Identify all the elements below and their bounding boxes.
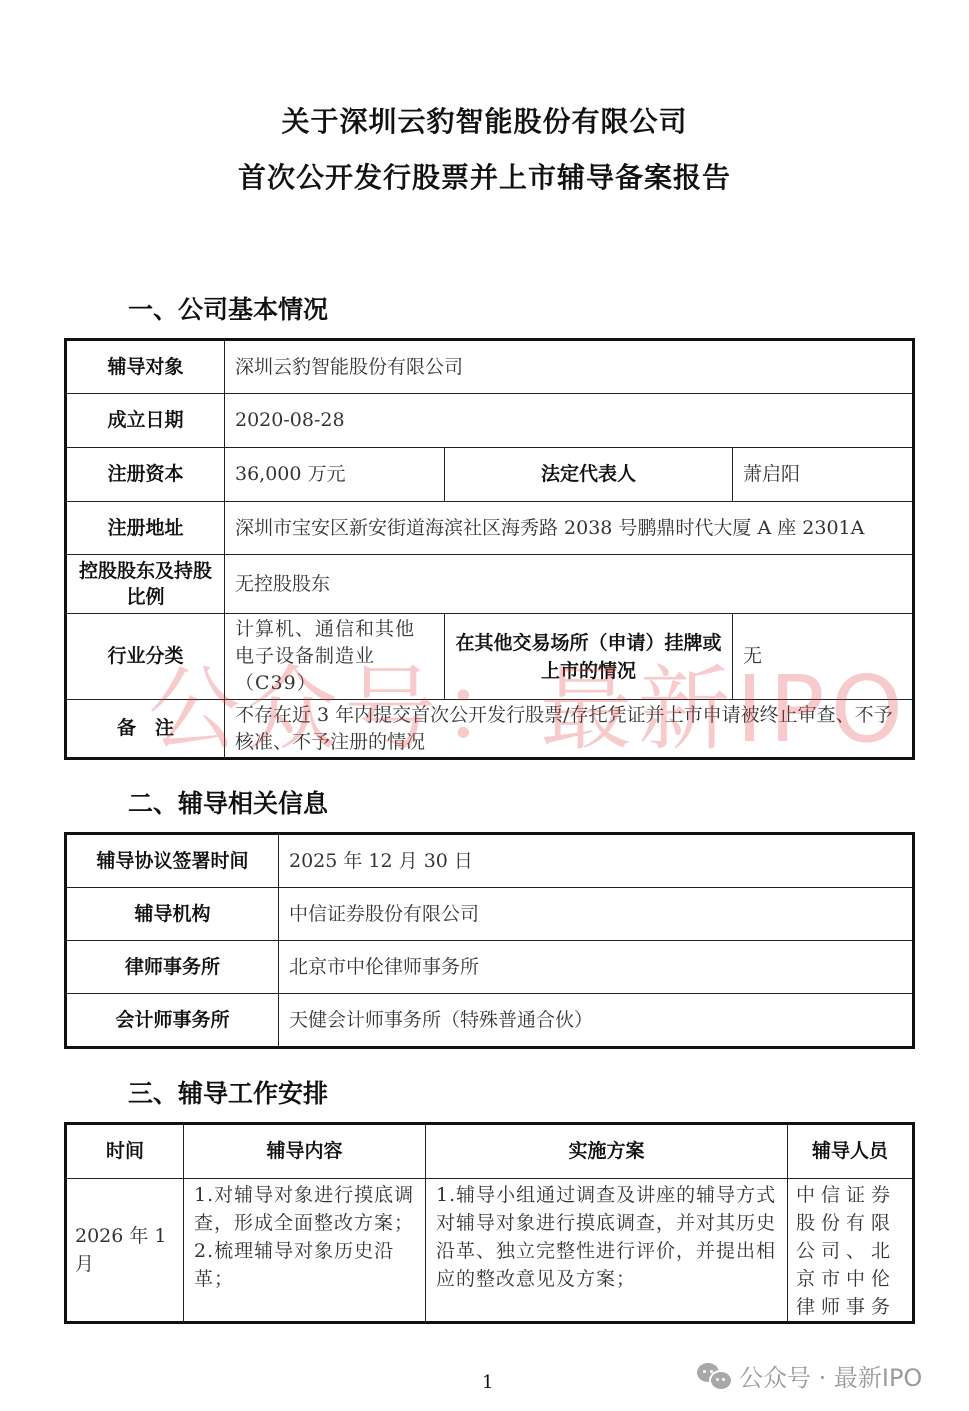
column-header-plan: 实施方案 (426, 1124, 788, 1179)
column-header-time: 时间 (66, 1124, 184, 1179)
value-other-listing: 无 (733, 614, 914, 700)
table-row: 注册地址 深圳市宝安区新安街道海滨社区海秀路 2038 号鹏鼎时代大厦 A 座 … (66, 502, 914, 555)
guidance-schedule-table: 时间 辅导内容 实施方案 辅导人员 2026 年 1 月 1.对辅导对象进行摸底… (64, 1122, 915, 1324)
value-remarks: 不存在近 3 年内提交首次公开发行股票/存托凭证并上市申请被终止审查、不予核准、… (225, 700, 914, 759)
wechat-icon (697, 1361, 731, 1391)
label-capital: 注册资本 (66, 448, 225, 502)
label-controlling: 控股股东及持股比例 (66, 555, 225, 614)
cell-content: 1.对辅导对象进行摸底调查，形成全面整改方案；2.梳理辅导对象历史沿革； (184, 1179, 426, 1323)
table-header-row: 时间 辅导内容 实施方案 辅导人员 (66, 1124, 914, 1179)
table-row: 注册资本 36,000 万元 法定代表人 萧启阳 (66, 448, 914, 502)
label-remarks: 备 注 (66, 700, 225, 759)
table-row: 辅导协议签署时间 2025 年 12 月 30 日 (66, 834, 914, 888)
label-accounting-firm: 会计师事务所 (66, 994, 279, 1048)
value-agreement-date: 2025 年 12 月 30 日 (279, 834, 914, 888)
section1-heading: 一、公司基本情况 (128, 290, 328, 326)
label-target: 辅导对象 (66, 340, 225, 394)
table-row: 2026 年 1 月 1.对辅导对象进行摸底调查，形成全面整改方案；2.梳理辅导… (66, 1179, 914, 1323)
company-basic-info-table: 辅导对象 深圳云豹智能股份有限公司 成立日期 2020-08-28 注册资本 3… (64, 338, 915, 760)
table-row: 辅导对象 深圳云豹智能股份有限公司 (66, 340, 914, 394)
label-agreement-date: 辅导协议签署时间 (66, 834, 279, 888)
label-founded: 成立日期 (66, 394, 225, 448)
value-legal-rep: 萧启阳 (733, 448, 914, 502)
label-sponsor: 辅导机构 (66, 888, 279, 941)
document-title-line2: 首次公开发行股票并上市辅导备案报告 (0, 156, 969, 196)
value-law-firm: 北京市中伦律师事务所 (279, 941, 914, 994)
label-other-listing: 在其他交易场所（申请）挂牌或上市的情况 (445, 614, 733, 700)
table-row: 辅导机构 中信证券股份有限公司 (66, 888, 914, 941)
label-industry: 行业分类 (66, 614, 225, 700)
table-row: 备 注 不存在近 3 年内提交首次公开发行股票/存托凭证并上市申请被终止审查、不… (66, 700, 914, 759)
guidance-info-table: 辅导协议签署时间 2025 年 12 月 30 日 辅导机构 中信证券股份有限公… (64, 832, 915, 1049)
footer-brand: 公众号 · 最新IPO (697, 1358, 922, 1393)
cell-plan: 1.辅导小组通过调查及讲座的辅导方式对辅导对象进行摸底调查，并对其历史沿革、独立… (426, 1179, 788, 1323)
table-row: 成立日期 2020-08-28 (66, 394, 914, 448)
value-industry: 计算机、通信和其他电子设备制造业（C39） (225, 614, 445, 700)
section3-heading: 三、辅导工作安排 (128, 1074, 328, 1110)
document-title-line1: 关于深圳云豹智能股份有限公司 (0, 100, 969, 140)
value-sponsor: 中信证券股份有限公司 (279, 888, 914, 941)
value-accounting-firm: 天健会计师事务所（特殊普通合伙） (279, 994, 914, 1048)
cell-time: 2026 年 1 月 (66, 1179, 184, 1323)
column-header-content: 辅导内容 (184, 1124, 426, 1179)
cell-staff: 中信证券股份有限公司、北京市中伦律师事务 (788, 1179, 914, 1323)
value-founded: 2020-08-28 (225, 394, 914, 448)
table-row: 律师事务所 北京市中伦律师事务所 (66, 941, 914, 994)
value-target: 深圳云豹智能股份有限公司 (225, 340, 914, 394)
label-law-firm: 律师事务所 (66, 941, 279, 994)
footer-brand-text: 公众号 · 最新IPO (739, 1358, 922, 1393)
section2-heading: 二、辅导相关信息 (128, 784, 328, 820)
page-number: 1 (482, 1372, 493, 1393)
label-legal-rep: 法定代表人 (445, 448, 733, 502)
table-row: 会计师事务所 天健会计师事务所（特殊普通合伙） (66, 994, 914, 1048)
value-capital: 36,000 万元 (225, 448, 445, 502)
value-controlling: 无控股股东 (225, 555, 914, 614)
table-row: 行业分类 计算机、通信和其他电子设备制造业（C39） 在其他交易场所（申请）挂牌… (66, 614, 914, 700)
table-row: 控股股东及持股比例 无控股股东 (66, 555, 914, 614)
column-header-staff: 辅导人员 (788, 1124, 914, 1179)
label-address: 注册地址 (66, 502, 225, 555)
value-address: 深圳市宝安区新安街道海滨社区海秀路 2038 号鹏鼎时代大厦 A 座 2301A (225, 502, 914, 555)
